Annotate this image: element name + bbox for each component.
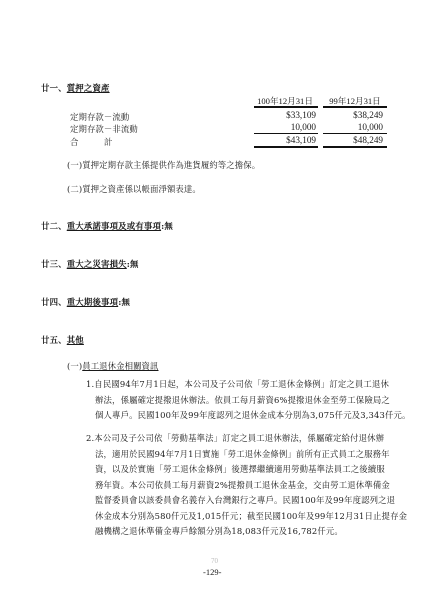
table-cell-value: $33,109	[254, 110, 316, 120]
page-stamp: 70	[211, 557, 218, 565]
paragraph-line: 務年資。本公司依員工每月薪資2%提撥員工退休金基金，交由勞工退休準備金	[86, 478, 407, 494]
section-25-heading: 廿五、其他	[41, 334, 84, 346]
paragraph-line: 休金成本分別為580仟元及1,015仟元；截至民國100年及99年12月31日止…	[86, 509, 407, 525]
total-value-2010: $48,249	[323, 135, 383, 145]
section-23-title: 重大之災害損失	[67, 259, 127, 269]
subsection-heading: (一)員工退休金相關資訊	[67, 360, 159, 372]
section-24-title: 重大期後事項	[67, 297, 118, 307]
total-double-rule-2011	[254, 146, 318, 148]
table-row-label: 定期存款－流動	[70, 111, 129, 123]
table-row-label: 定期存款－非流動	[70, 123, 138, 135]
paragraph-line: 資，以及於實施「勞工退休金條例」後選擇繼續適用勞動基準法員工之後續服	[86, 462, 407, 478]
section-22-status: :無	[161, 221, 173, 231]
note-2: (二)質押之資產係以帳面淨額表達。	[67, 183, 201, 195]
note-1: (一)質押定期存款主係提供作為進貨履約等之擔保。	[67, 159, 260, 171]
section-22-number: 廿二、	[41, 221, 67, 231]
paragraph-2: 2.本公司及子公司依「勞動基準法」訂定之員工退休辦法，係屬確定給付退休辦 法，適…	[86, 431, 407, 540]
paragraph-line: 融機構之退休準備金專戶餘額分別為18,083仟元及16,782仟元。	[86, 524, 407, 540]
section-21-heading: 廿一、質押之資產	[41, 82, 110, 94]
subsection-title: 員工退休金相關資訊	[82, 361, 158, 371]
subtotal-rule-2011	[254, 133, 318, 134]
subtotal-rule-2010	[323, 133, 387, 134]
section-24-number: 廿四、	[41, 297, 67, 307]
total-label-left: 合	[70, 136, 78, 148]
total-value-2011: $43,109	[254, 135, 316, 145]
header-rule-2010	[323, 106, 387, 108]
section-24-heading: 廿四、重大期後事項:無	[41, 296, 130, 308]
section-22-heading: 廿二、重大承諾事項及或有事項:無	[41, 220, 173, 232]
subsection-prefix: (一)	[67, 361, 82, 371]
section-25-number: 廿五、	[41, 335, 67, 345]
section-21-title: 質押之資產	[67, 83, 110, 93]
paragraph-line: 監督委員會以該委員會名義存入台灣銀行之專戶。民國100年及99年度認列之退	[86, 493, 407, 509]
section-25-title: 其他	[67, 335, 84, 345]
header-rule-2011	[254, 106, 318, 108]
section-23-number: 廿三、	[41, 259, 67, 269]
table-cell-value: $38,249	[323, 110, 383, 120]
section-24-status: :無	[118, 297, 130, 307]
section-22-title: 重大承諾事項及或有事項	[67, 221, 161, 231]
paragraph-line: 2.本公司及子公司依「勞動基準法」訂定之員工退休辦法，係屬確定給付退休辦	[86, 431, 407, 447]
paragraph-line: 個人專戶。民國100年及99年度認列之退休金成本分別為3,075仟元及3,343…	[86, 408, 411, 424]
paragraph-line: 辦法，係屬確定提撥退休辦法。依員工每月薪資6%提撥退休金至勞工保險局之	[86, 393, 411, 409]
total-label-right: 計	[104, 136, 112, 148]
paragraph-1: 1.自民國94年7月1日起，本公司及子公司依「勞工退休金條例」訂定之員工退休 辦…	[86, 377, 411, 424]
paragraph-line: 法，適用於民國94年7月1日實施「勞工退休金條例」前所有正式員工之服務年	[86, 447, 407, 463]
section-23-heading: 廿三、重大之災害損失:無	[41, 258, 139, 270]
section-21-number: 廿一、	[41, 83, 67, 93]
total-double-rule-2010	[323, 146, 387, 148]
table-cell-value: 10,000	[254, 122, 316, 132]
page-number: -129-	[203, 567, 221, 577]
paragraph-line: 1.自民國94年7月1日起，本公司及子公司依「勞工退休金條例」訂定之員工退休	[86, 377, 411, 393]
table-cell-value: 10,000	[323, 122, 383, 132]
section-23-status: :無	[127, 259, 139, 269]
